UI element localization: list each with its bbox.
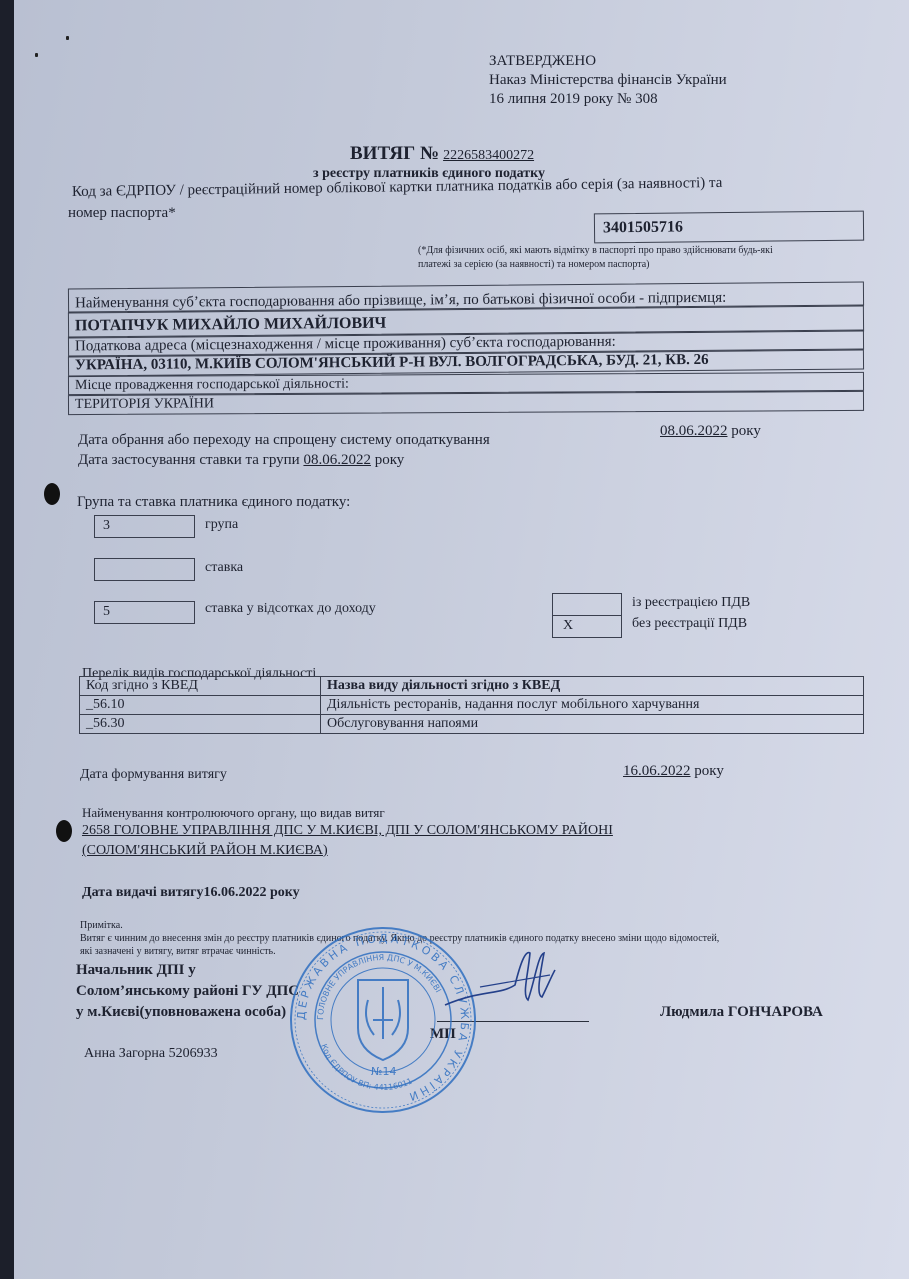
signatory-name: Людмила ГОНЧАРОВА xyxy=(660,1004,823,1021)
header-code: Код згідно з КВЕД xyxy=(80,677,321,696)
note-line-2: які зазначені у витягу, витяг втрачає чи… xyxy=(80,946,276,957)
apply-date-label: Дата застосування ставки та групи xyxy=(78,452,300,468)
formation-date-value: 16.06.2022 xyxy=(623,763,691,779)
code-note-line-1: (*Для фізичних осіб, які мають відмітку … xyxy=(418,245,773,256)
title-prefix: ВИТЯГ № xyxy=(350,143,439,164)
kved-name: Обслуговування напоями xyxy=(321,715,864,734)
approval-line-3: 16 липня 2019 року № 308 xyxy=(489,91,658,108)
note-title: Примітка. xyxy=(80,920,123,931)
entity-name-value: ПОТАПЧУК МИХАЙЛО МИХАЙЛОВИЧ xyxy=(75,315,386,336)
activities-table: Код згідно з КВЕД Назва виду діяльності … xyxy=(79,676,864,734)
punch-hole xyxy=(56,820,72,842)
executor: Анна Загорна 5206933 xyxy=(84,1046,218,1062)
signatory-line-2: Солом’янському районі ГУ ДПС xyxy=(76,983,299,1000)
vat-without-value: X xyxy=(563,618,573,634)
tax-code-value: 3401505716 xyxy=(603,218,683,237)
authority-line-2: (СОЛОМ'ЯНСЬКИЙ РАЙОН М.КИЄВА) xyxy=(82,843,328,859)
apply-date-value: 08.06.2022 xyxy=(303,452,371,468)
place-value: ТЕРИТОРІЯ УКРАЇНИ xyxy=(75,396,214,413)
signatory-line-1: Начальник ДПІ у xyxy=(76,962,196,979)
year-word: року xyxy=(731,423,761,439)
signature-scribble xyxy=(440,945,560,1025)
vat-with-caption: із реєстрацією ПДВ xyxy=(632,595,750,611)
speck xyxy=(35,53,38,57)
formation-date-label: Дата формування витягу xyxy=(80,767,227,783)
document-title: ВИТЯГ № 2226583400272 xyxy=(350,143,534,165)
stamp-inner-text: ГОЛОВНЕ УПРАВЛІННЯ ДПС У М.КИЄВІ xyxy=(316,953,443,1020)
header-name: Назва виду діяльності згідно з КВЕД xyxy=(321,677,864,696)
svg-text:ГОЛОВНЕ УПРАВЛІННЯ ДПС У М.КИЄ: ГОЛОВНЕ УПРАВЛІННЯ ДПС У М.КИЄВІ xyxy=(316,953,443,1020)
tax-code-field: 3401505716 xyxy=(594,211,864,244)
vat-without-caption: без реєстрації ПДВ xyxy=(632,616,747,632)
authority-label: Найменування контролюючого органу, що ви… xyxy=(82,805,385,821)
group-field: 3 xyxy=(94,515,195,538)
table-row: _56.30 Обслуговування напоями xyxy=(80,715,864,734)
place-label: Місце провадження господарської діяльнос… xyxy=(75,377,349,394)
vat-with-field xyxy=(552,593,622,616)
extract-number: 2226583400272 xyxy=(443,148,534,163)
approval-line-1: ЗАТВЕРДЖЕНО xyxy=(489,53,596,70)
choice-date-label: Дата обрання або переходу на спрощену си… xyxy=(78,432,490,449)
stamp-number: №14 xyxy=(371,1065,396,1078)
choice-date: 08.06.2022 року xyxy=(660,423,761,440)
percent-caption: ставка у відсотках до доходу xyxy=(205,601,376,617)
rate-caption: ставка xyxy=(205,560,243,576)
rate-field xyxy=(94,558,195,581)
kved-code: _56.30 xyxy=(80,715,321,734)
percent-value: 5 xyxy=(103,604,110,620)
place-row: ТЕРИТОРІЯ УКРАЇНИ xyxy=(68,391,864,415)
approval-line-2: Наказ Міністерства фінансів України xyxy=(489,72,727,89)
speck xyxy=(66,36,69,40)
kved-code: _56.10 xyxy=(80,696,321,715)
group-value: 3 xyxy=(103,518,110,534)
issue-date: Дата видачі витягу16.06.2022 року xyxy=(82,885,300,901)
table-header: Код згідно з КВЕД Назва виду діяльності … xyxy=(80,677,864,696)
group-caption: група xyxy=(205,517,238,533)
punch-hole xyxy=(44,483,60,505)
kved-name: Діяльність ресторанів, надання послуг мо… xyxy=(321,696,864,715)
address-value: УКРАЇНА, 03110, М.КИЇВ СОЛОМ'ЯНСЬКИЙ Р-Н… xyxy=(75,352,709,375)
formation-date: 16.06.2022 року xyxy=(623,763,724,780)
code-label-line-2: номер паспорта* xyxy=(68,205,176,222)
choice-date-value: 08.06.2022 xyxy=(660,423,728,439)
apply-date: Дата застосування ставки та групи 08.06.… xyxy=(78,452,404,469)
code-note-line-2: платежі за серією (за наявності) та номе… xyxy=(418,259,650,270)
group-rate-label: Група та ставка платника єдиного податку… xyxy=(77,494,350,511)
percent-field: 5 xyxy=(94,601,195,624)
year-word: року xyxy=(694,763,724,779)
signatory-line-3: у м.Києві(уповноважена особа) xyxy=(76,1004,286,1021)
year-word: року xyxy=(375,452,405,468)
table-row: _56.10 Діяльність ресторанів, надання по… xyxy=(80,696,864,715)
authority-line-1: 2658 ГОЛОВНЕ УПРАВЛІННЯ ДПС У М.КИЄВІ, Д… xyxy=(82,823,613,839)
vat-without-field: X xyxy=(552,615,622,638)
